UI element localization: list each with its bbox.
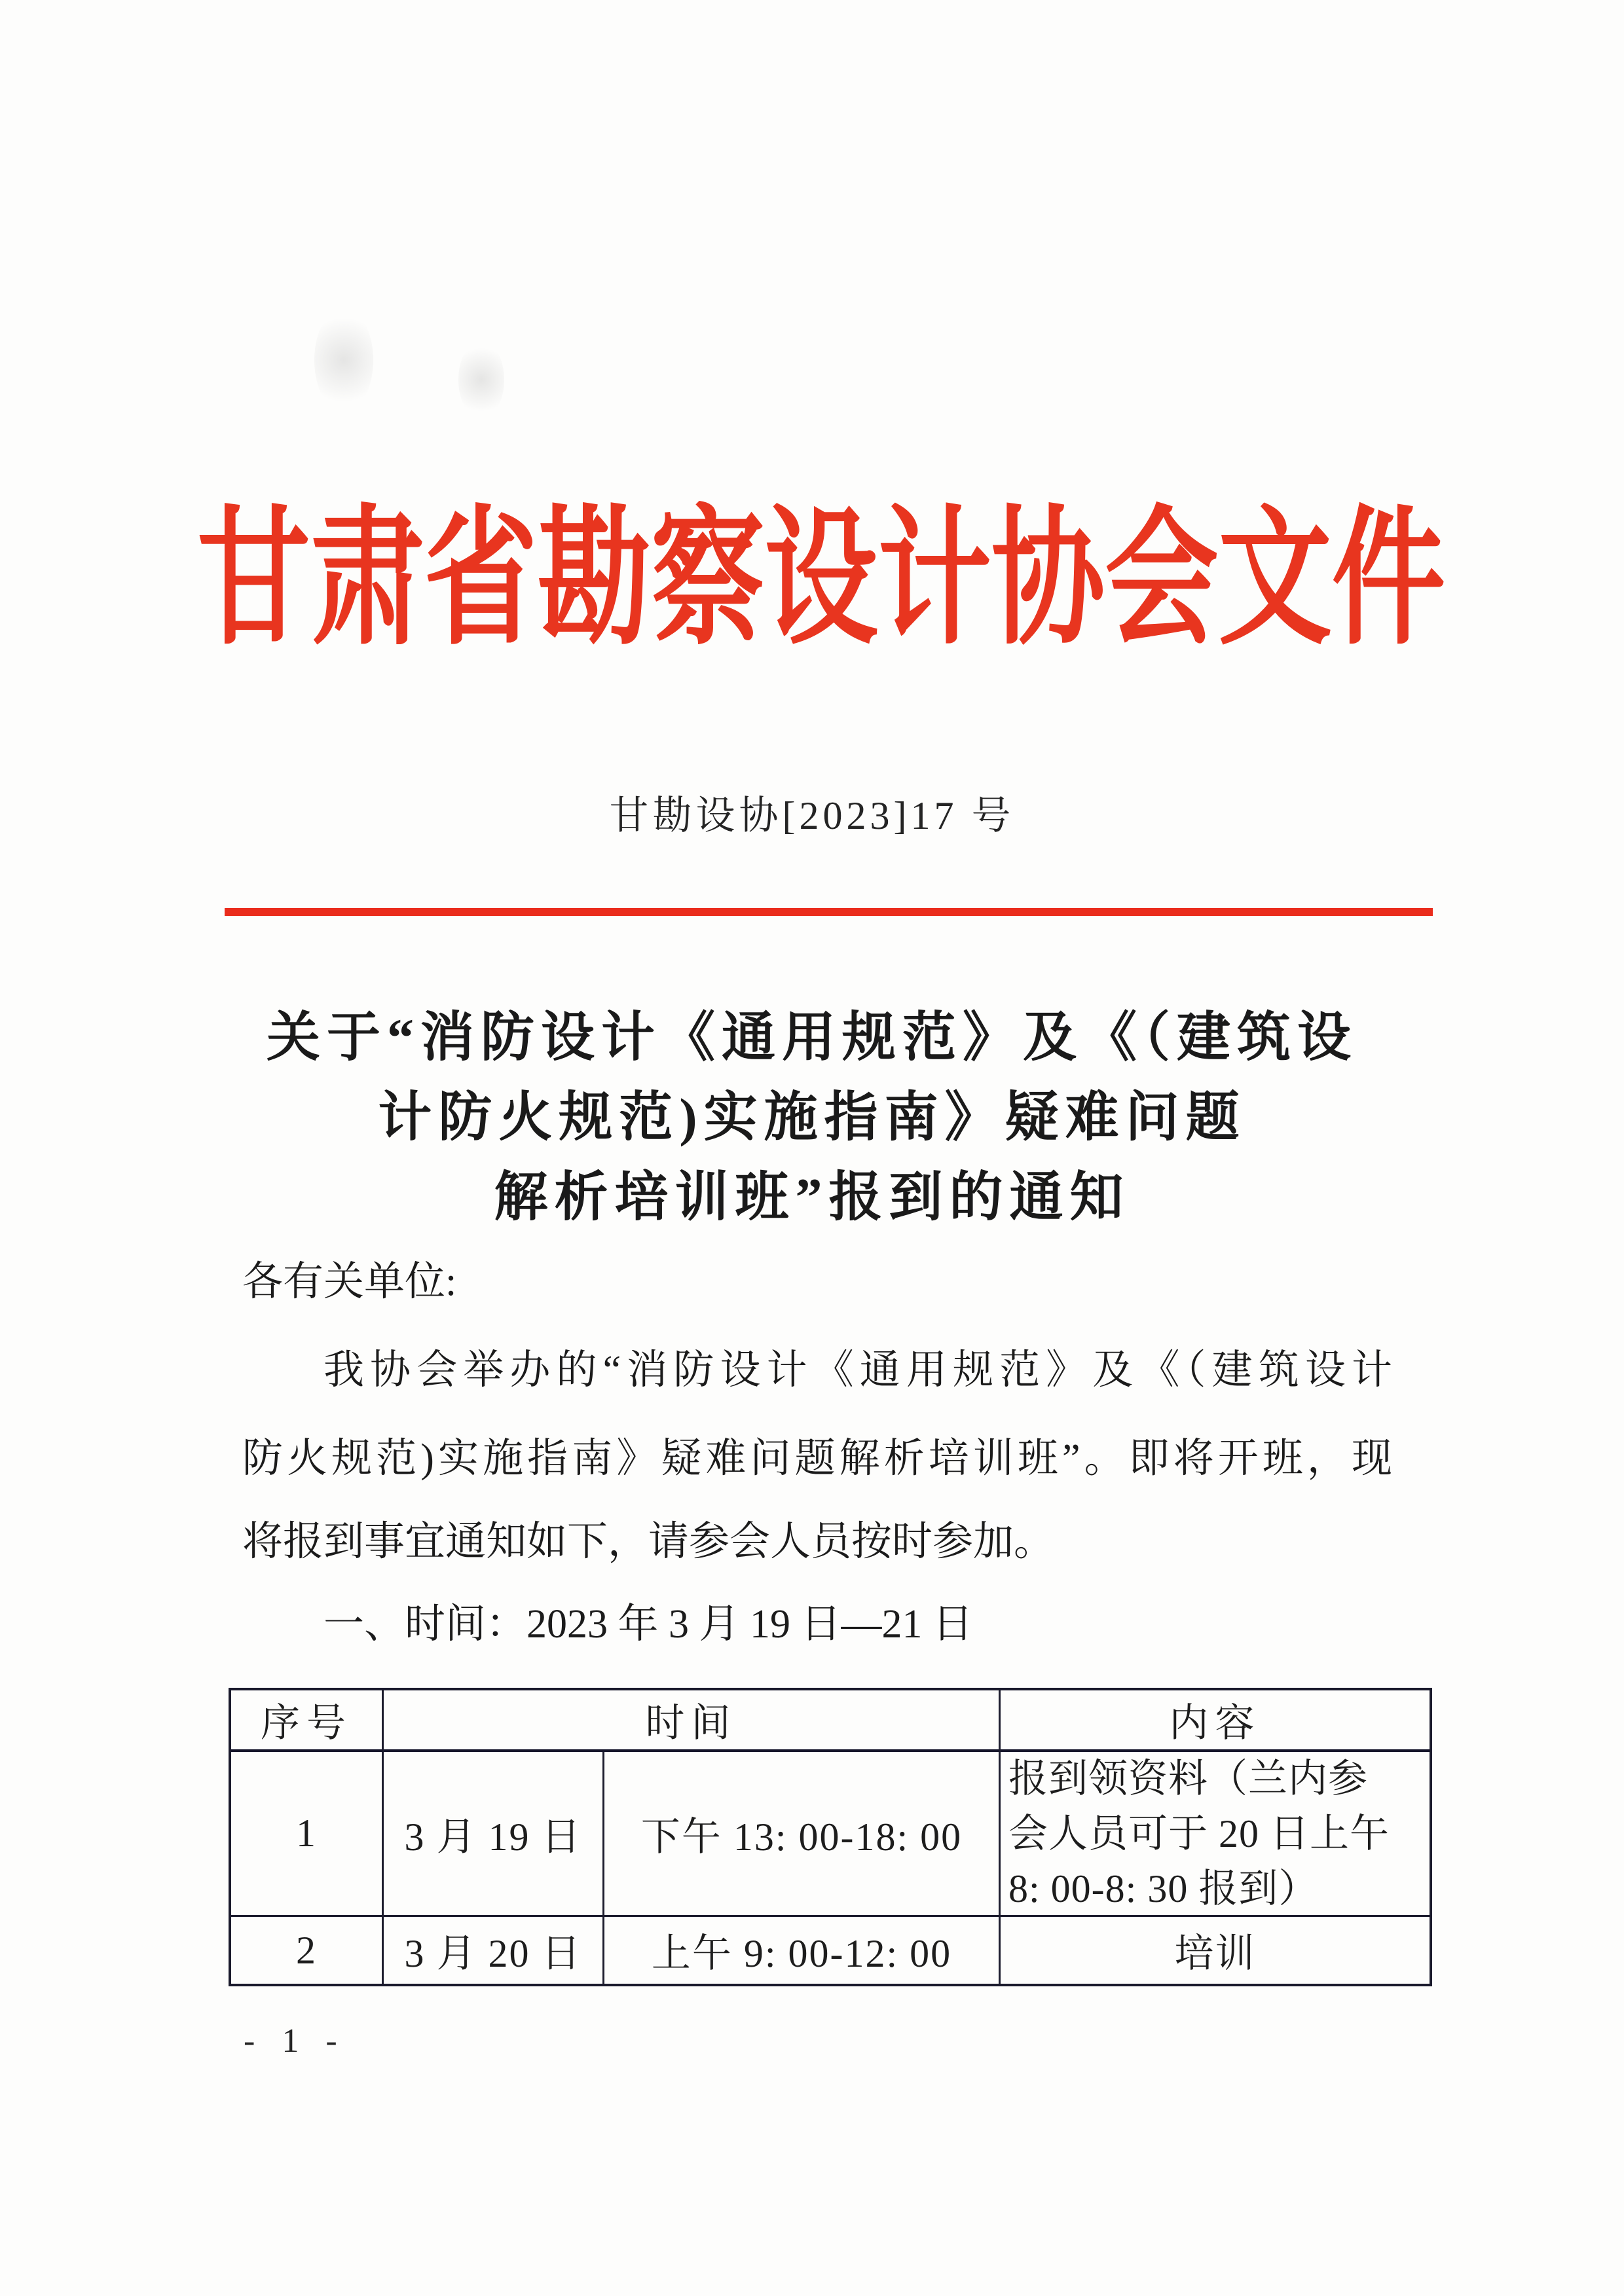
notice-title: 关于“消防设计《通用规范》及《（建筑设 计防火规范)实施指南》疑难问题 解析培训…: [0, 998, 1624, 1237]
table-header-content: 内容: [1001, 1690, 1430, 1752]
notice-title-line: 关于“消防设计《通用规范》及《（建筑设: [0, 998, 1624, 1078]
notice-title-line: 解析培训班”报到的通知: [0, 1157, 1624, 1237]
body-paragraph-line: 我协会举办的“消防设计《通用规范》及《（建筑设计: [242, 1344, 1392, 1396]
table-cell-time: 上午 9: 00-12: 00: [604, 1917, 1001, 1984]
table-content-line: 报到领资料（兰内参: [1008, 1751, 1368, 1806]
salutation: 各有关单位:: [242, 1256, 1392, 1308]
table-content-line: 会人员可于 20 日上午: [1008, 1806, 1390, 1861]
table-cell-content: 培训: [1001, 1917, 1430, 1984]
page-number: - 1 -: [244, 2022, 346, 2061]
table-cell-date: 3 月 20 日: [384, 1917, 604, 1984]
body-paragraph-line: 防火规范)实施指南》疑难问题解析培训班”。即将开班，现: [242, 1432, 1392, 1485]
table-cell-no: 1: [231, 1752, 384, 1917]
schedule-table: 序号 时间 内容 1 3 月 19 日 下午 13: 00-18: 00 报到领…: [229, 1688, 1432, 1986]
section-heading-time: 一、时间：2023 年 3 月 19 日—21 日: [242, 1598, 1392, 1650]
letterhead-title: 甘肃省勘察设计协会文件: [197, 504, 1445, 656]
table-cell-time: 下午 13: 00-18: 00: [604, 1752, 1001, 1917]
table-content-line: 8: 00-8: 30 报到）: [1008, 1861, 1318, 1916]
letterhead: 甘肃省勘察设计协会文件: [0, 504, 1624, 656]
table-cell-no: 2: [231, 1917, 384, 1984]
document-number: 甘勘设协[2023]17 号: [0, 791, 1624, 841]
table-cell-date: 3 月 19 日: [384, 1752, 604, 1917]
scan-artifact: [458, 340, 504, 419]
scan-artifact: [314, 308, 373, 412]
document-page: 甘肃省勘察设计协会文件 甘勘设协[2023]17 号 关于“消防设计《通用规范》…: [0, 0, 1624, 2296]
table-cell-content: 报到领资料（兰内参 会人员可于 20 日上午 8: 00-8: 30 报到）: [1001, 1752, 1430, 1917]
table-header-no: 序号: [231, 1690, 384, 1752]
table-header-time: 时间: [384, 1690, 1001, 1752]
notice-title-line: 计防火规范)实施指南》疑难问题: [0, 1078, 1624, 1157]
red-divider-line: [225, 908, 1433, 916]
body-paragraph-line: 将报到事宜通知如下，请参会人员按时参加。: [242, 1516, 1392, 1568]
